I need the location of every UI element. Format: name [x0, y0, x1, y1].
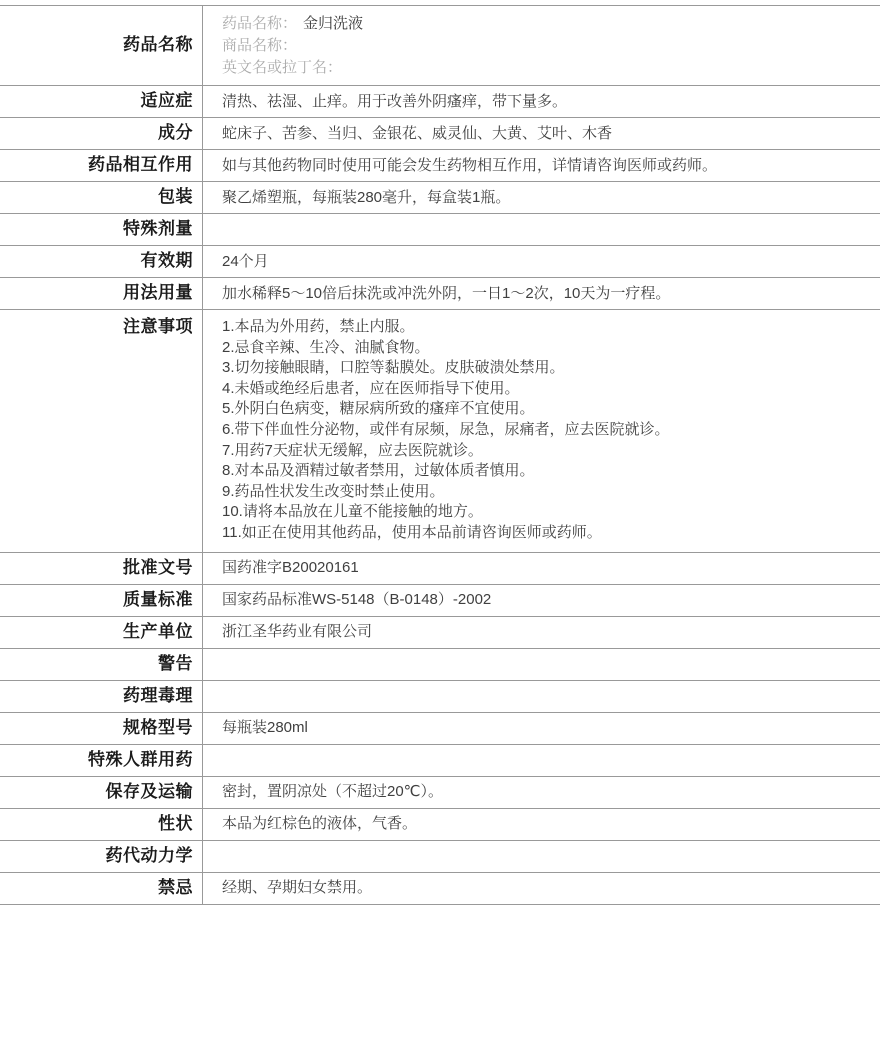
- row-label: 药品名称: [0, 6, 203, 85]
- row-value: [203, 649, 880, 680]
- table-row-dosage-administration: 用法用量 加水稀释5～10倍后抹洗或冲洗外阴，一日1～2次，10天为一疗程。: [0, 278, 880, 310]
- row-value: 本品为红棕色的液体，气香。: [203, 809, 880, 840]
- row-label: 生产单位: [0, 617, 203, 648]
- precaution-line: 9.药品性状发生改变时禁止使用。: [222, 482, 868, 503]
- row-label: 成分: [0, 118, 203, 149]
- row-value: 每瓶装280ml: [203, 713, 880, 744]
- table-row-pharmacokinetics: 药代动力学: [0, 841, 880, 873]
- table-row-approval-number: 批准文号 国药准字B20020161: [0, 553, 880, 585]
- drug-info-table: 药品名称 药品名称：金归洗液商品名称：英文名或拉丁名： 适应症 清热、祛湿、止痒…: [0, 5, 880, 905]
- name-field-line: 英文名或拉丁名：: [222, 57, 868, 79]
- row-value: 清热、祛湿、止痒。用于改善外阴瘙痒，带下量多。: [203, 86, 880, 117]
- table-row-special-population: 特殊人群用药: [0, 745, 880, 777]
- table-row-ingredients: 成分 蛇床子、苦参、当归、金银花、威灵仙、大黄、艾叶、木香: [0, 118, 880, 150]
- row-label: 批准文号: [0, 553, 203, 584]
- row-label: 警告: [0, 649, 203, 680]
- row-value: 蛇床子、苦参、当归、金银花、威灵仙、大黄、艾叶、木香: [203, 118, 880, 149]
- field-key: 英文名或拉丁名：: [222, 59, 342, 76]
- table-row-pharmacology-toxicology: 药理毒理: [0, 681, 880, 713]
- row-value: 加水稀释5～10倍后抹洗或冲洗外阴，一日1～2次，10天为一疗程。: [203, 278, 880, 309]
- row-label: 保存及运输: [0, 777, 203, 808]
- field-value: 金归洗液: [303, 15, 363, 32]
- row-value: [203, 681, 880, 712]
- row-label: 适应症: [0, 86, 203, 117]
- row-label: 禁忌: [0, 873, 203, 904]
- table-row-special-dosage: 特殊剂量: [0, 214, 880, 246]
- precaution-line: 6.带下伴血性分泌物，或伴有尿频，尿急，尿痛者，应去医院就诊。: [222, 420, 868, 441]
- table-row-indications: 适应症 清热、祛湿、止痒。用于改善外阴瘙痒，带下量多。: [0, 86, 880, 118]
- table-row-shelf-life: 有效期 24个月: [0, 246, 880, 278]
- row-value: 国药准字B20020161: [203, 553, 880, 584]
- table-row-warning: 警告: [0, 649, 880, 681]
- table-row-quality-standard: 质量标准 国家药品标准WS-5148（B-0148）-2002: [0, 585, 880, 617]
- row-value: [203, 841, 880, 872]
- precaution-line: 11.如正在使用其他药品，使用本品前请咨询医师或药师。: [222, 523, 868, 544]
- row-value: 国家药品标准WS-5148（B-0148）-2002: [203, 585, 880, 616]
- precaution-line: 5.外阴白色病变，糖尿病所致的瘙痒不宜使用。: [222, 399, 868, 420]
- precaution-line: 10.请将本品放在儿童不能接触的地方。: [222, 502, 868, 523]
- row-value: 经期、孕期妇女禁用。: [203, 873, 880, 904]
- row-value: [203, 745, 880, 776]
- table-row-specification: 规格型号 每瓶装280ml: [0, 713, 880, 745]
- precaution-line: 7.用药7天症状无缓解，应去医院就诊。: [222, 441, 868, 462]
- table-row-description: 性状 本品为红棕色的液体，气香。: [0, 809, 880, 841]
- row-label: 性状: [0, 809, 203, 840]
- row-value: 药品名称：金归洗液商品名称：英文名或拉丁名：: [203, 6, 880, 85]
- precaution-line: 8.对本品及酒精过敏者禁用，过敏体质者慎用。: [222, 461, 868, 482]
- table-row-manufacturer: 生产单位 浙江圣华药业有限公司: [0, 617, 880, 649]
- row-label: 规格型号: [0, 713, 203, 744]
- row-label: 注意事项: [0, 310, 203, 552]
- table-row-packaging: 包装 聚乙烯塑瓶，每瓶装280毫升，每盒装1瓶。: [0, 182, 880, 214]
- precaution-line: 1.本品为外用药，禁止内服。: [222, 317, 868, 338]
- field-key: 药品名称：: [222, 15, 297, 32]
- table-row-contraindications: 禁忌 经期、孕期妇女禁用。: [0, 873, 880, 905]
- precaution-line: 3.切勿接触眼睛，口腔等黏膜处。皮肤破溃处禁用。: [222, 358, 868, 379]
- row-label: 质量标准: [0, 585, 203, 616]
- row-label: 特殊剂量: [0, 214, 203, 245]
- row-value: 1.本品为外用药，禁止内服。2.忌食辛辣、生冷、油腻食物。3.切勿接触眼睛，口腔…: [203, 310, 880, 552]
- row-label: 药代动力学: [0, 841, 203, 872]
- name-field-line: 商品名称：: [222, 35, 868, 57]
- row-label: 药理毒理: [0, 681, 203, 712]
- row-label: 有效期: [0, 246, 203, 277]
- precaution-line: 2.忌食辛辣、生冷、油腻食物。: [222, 338, 868, 359]
- table-row-storage-transport: 保存及运输 密封，置阴凉处（不超过20℃）。: [0, 777, 880, 809]
- row-value: 浙江圣华药业有限公司: [203, 617, 880, 648]
- precaution-line: 4.未婚或绝经后患者，应在医师指导下使用。: [222, 379, 868, 400]
- row-value: 如与其他药物同时使用可能会发生药物相互作用，详情请咨询医师或药师。: [203, 150, 880, 181]
- table-row-precautions: 注意事项 1.本品为外用药，禁止内服。2.忌食辛辣、生冷、油腻食物。3.切勿接触…: [0, 310, 880, 553]
- name-field-line: 药品名称：金归洗液: [222, 13, 868, 35]
- row-label: 用法用量: [0, 278, 203, 309]
- row-value: 24个月: [203, 246, 880, 277]
- row-label: 特殊人群用药: [0, 745, 203, 776]
- row-value: 聚乙烯塑瓶，每瓶装280毫升，每盒装1瓶。: [203, 182, 880, 213]
- table-row-drug-name: 药品名称 药品名称：金归洗液商品名称：英文名或拉丁名：: [0, 6, 880, 86]
- row-label: 包装: [0, 182, 203, 213]
- row-value: 密封，置阴凉处（不超过20℃）。: [203, 777, 880, 808]
- field-key: 商品名称：: [222, 37, 297, 54]
- row-label: 药品相互作用: [0, 150, 203, 181]
- table-row-drug-interactions: 药品相互作用 如与其他药物同时使用可能会发生药物相互作用，详情请咨询医师或药师。: [0, 150, 880, 182]
- row-value: [203, 214, 880, 245]
